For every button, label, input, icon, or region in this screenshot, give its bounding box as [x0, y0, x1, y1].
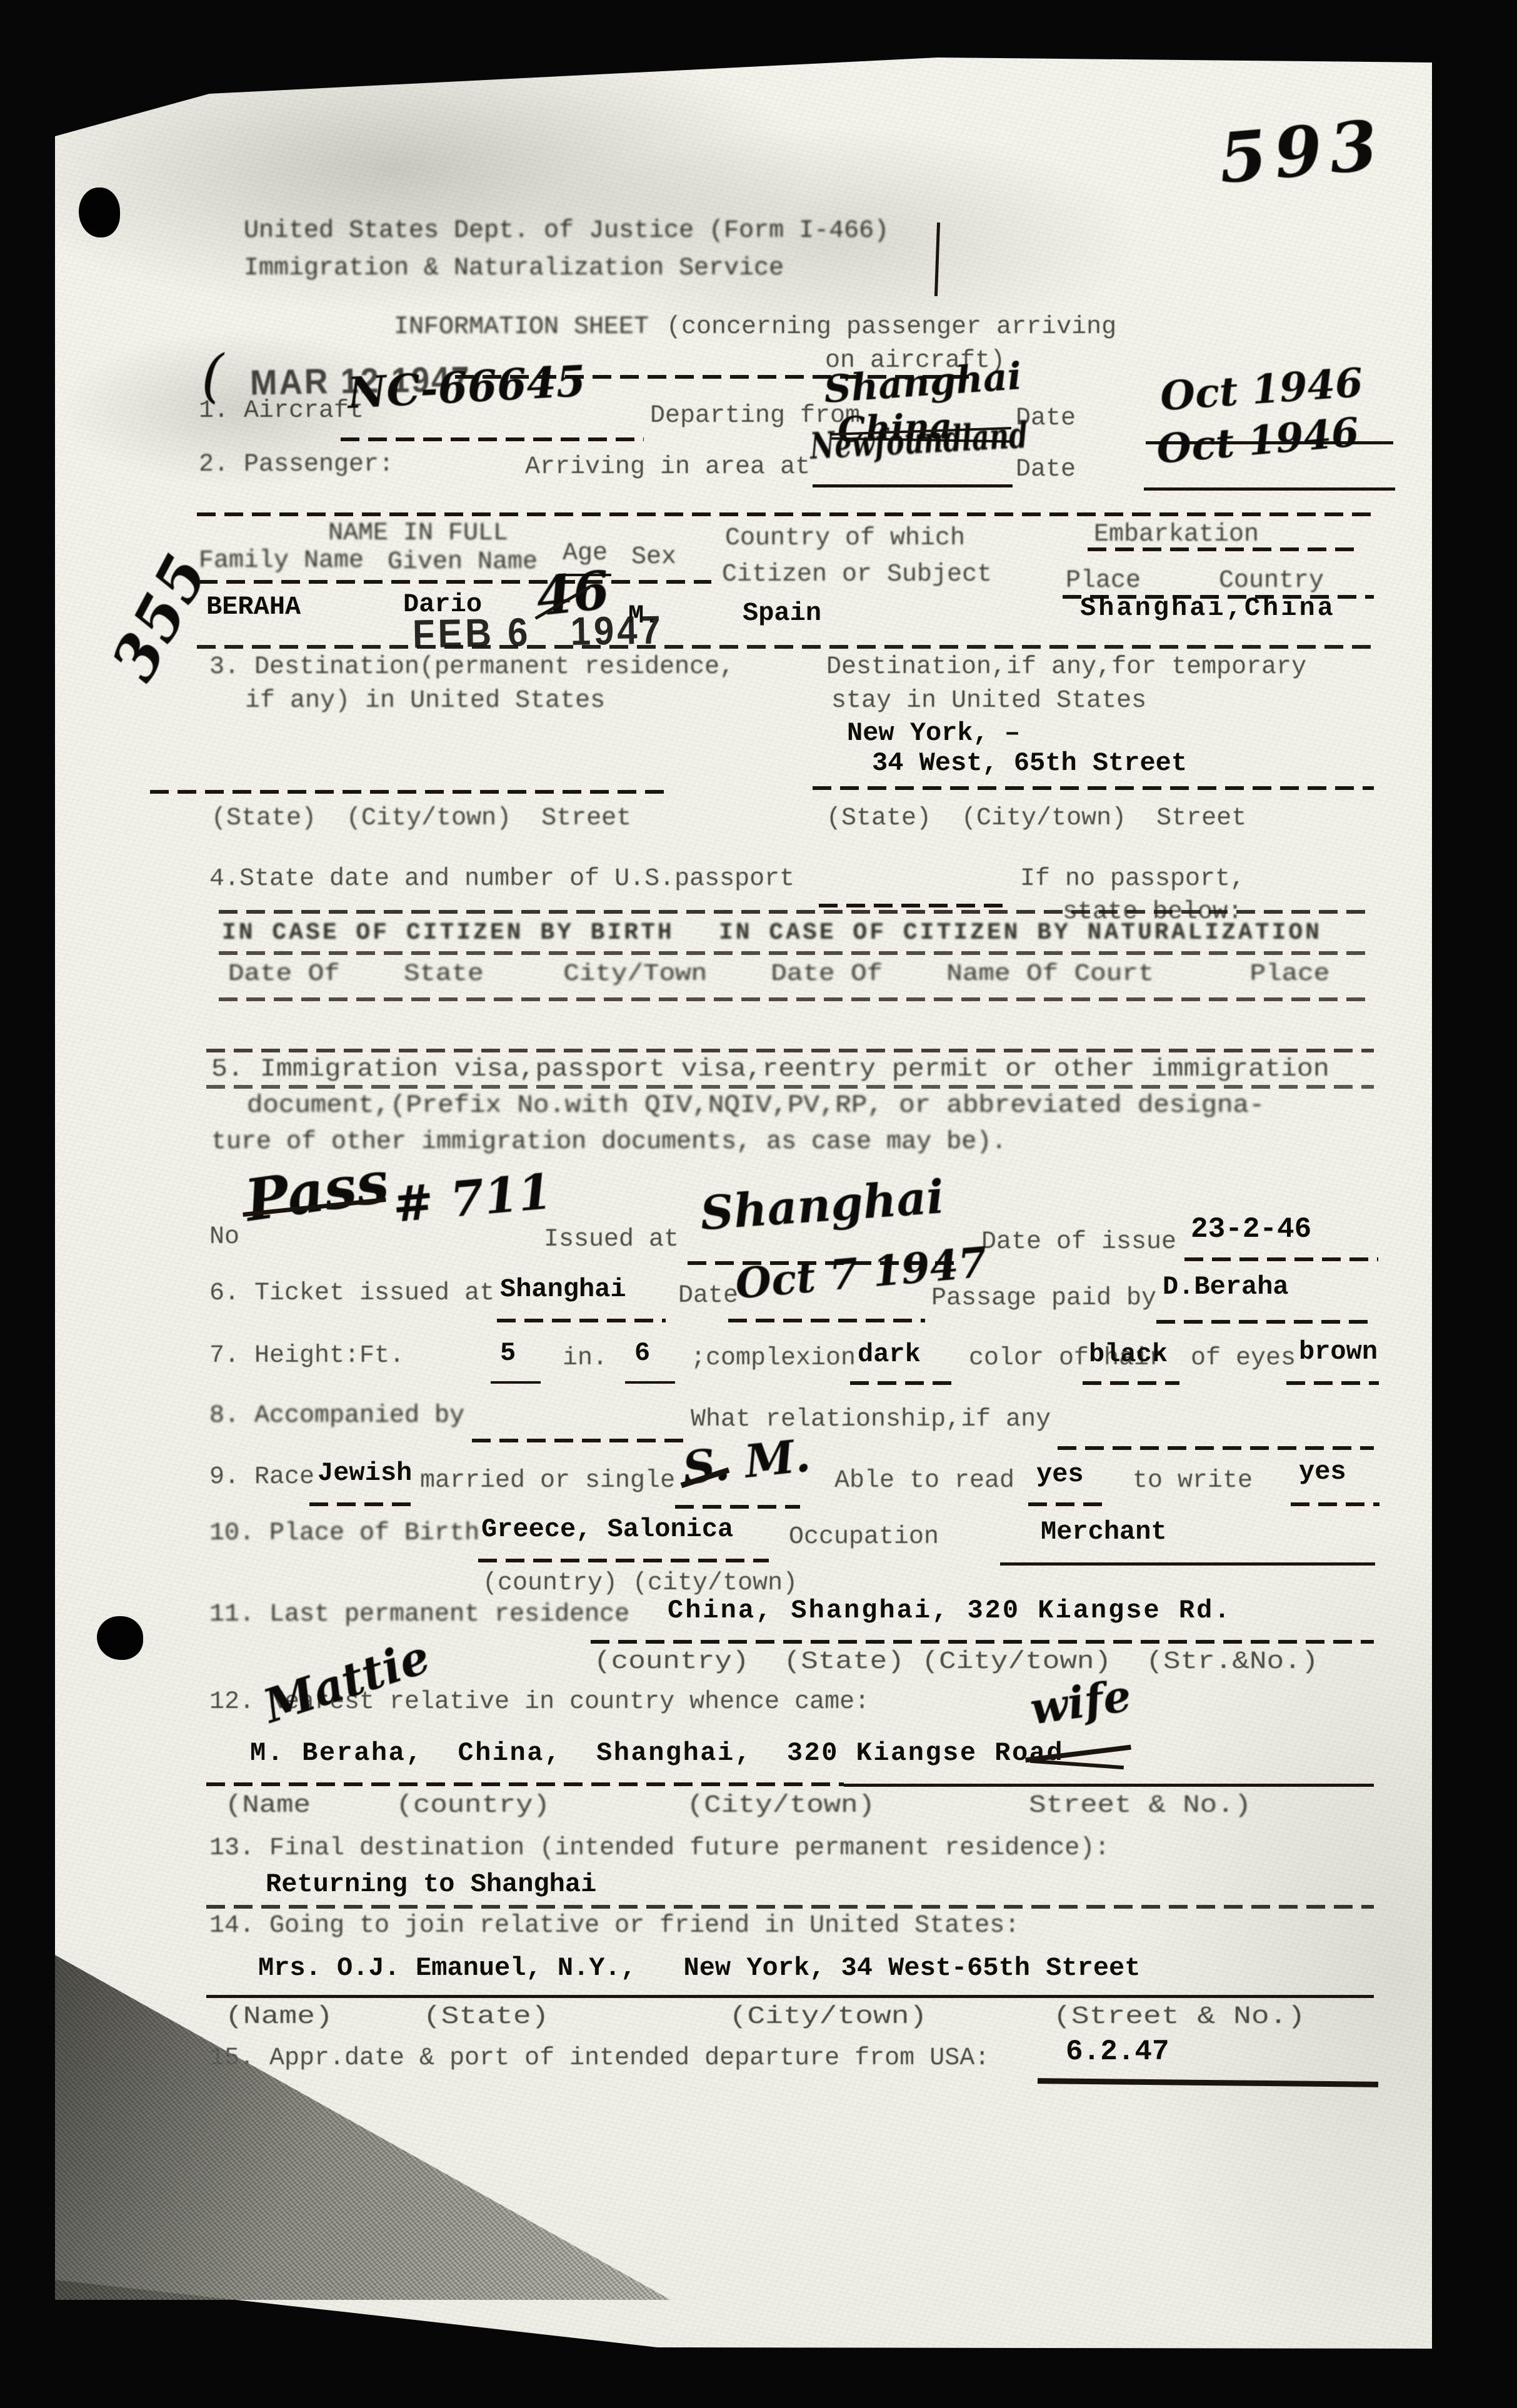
eye-color-value: brown: [1299, 1337, 1378, 1366]
field-8-label: 8. Accompanied by: [209, 1402, 464, 1430]
divider-line: [206, 1085, 1374, 1089]
divider-line: [219, 951, 1372, 955]
divider-line: [206, 1049, 1374, 1052]
able-to-write-value: yes: [1299, 1457, 1346, 1486]
field-5-issued-label: Issued at: [544, 1226, 679, 1254]
birthplace-value: Greece, Salonica: [481, 1515, 733, 1544]
field-5-line2: document,(Prefix No.with QIV,NQIV,PV,RP,…: [247, 1092, 1264, 1120]
divider-line: [206, 1782, 844, 1786]
field-3-right-label: Destination,if any,for temporary: [826, 654, 1306, 681]
field-13-label: 13. Final destination (intended future p…: [209, 1835, 1109, 1862]
field-10-label: 10. Place of Birth: [209, 1520, 479, 1547]
issue-date-value: 23-2-46: [1191, 1214, 1311, 1246]
field-underline: [1291, 1502, 1379, 1506]
field-underline: [819, 904, 1004, 907]
field-9-marital-label: married or single: [420, 1467, 675, 1495]
field-10-occupation-label: Occupation: [789, 1524, 939, 1551]
scanned-document: 593 355 United States Dept. of Justice (…: [0, 0, 1517, 2408]
field-6-date-label: Date: [678, 1282, 738, 1310]
field-5-issue-date-label: Date of issue: [981, 1229, 1176, 1256]
form-title-smudged: INFORMATION SHEET: [394, 314, 664, 341]
form-title: (concerning passenger arriving: [666, 314, 1116, 341]
field-7-label: 7. Height:Ft.: [209, 1342, 404, 1370]
divider-line: [199, 580, 711, 584]
field-2-date-label: Date: [1016, 456, 1076, 484]
field-underline: [1184, 1257, 1378, 1261]
banner-sub-labels: Date Of State City/Town Date Of Name Of …: [228, 961, 1329, 987]
complexion-value: dark: [858, 1340, 921, 1369]
field-underline: [1058, 1446, 1374, 1450]
field-3-sub-left: (State) (City/town) Street: [211, 805, 631, 832]
field-3-left-label2: if any) in United States: [245, 687, 605, 715]
field-4-label: 4.State date and number of U.S.passport: [209, 866, 794, 893]
field-underline: [497, 1319, 666, 1322]
field-7-complexion-label: ;complexion: [691, 1345, 856, 1372]
field-underline: [478, 1559, 769, 1562]
punch-hole: [97, 1616, 143, 1660]
field-underline: [472, 1439, 684, 1442]
field-15-label: 15. Appr.date & port of intended departu…: [209, 2045, 989, 2072]
hair-color-value: black: [1089, 1340, 1168, 1369]
occupation-value: Merchant: [1041, 1517, 1167, 1546]
divider-line: [150, 790, 670, 794]
field-3-sub-right: (State) (City/town) Street: [826, 805, 1246, 832]
field-7-in-label: in.: [563, 1345, 608, 1372]
banner-citizen-naturalization: IN CASE OF CITIZEN BY NATURALIZATION: [719, 920, 1322, 946]
passenger-citizenship: Spain: [743, 599, 821, 627]
col-place: Place: [1066, 567, 1141, 595]
form-agency-line: United States Dept. of Justice (Form I-4…: [244, 217, 889, 245]
passenger-embarkation: Shanghai,China: [1080, 594, 1336, 622]
divider-line: [844, 1784, 1374, 1787]
field-4-no-passport: If no passport,: [1020, 866, 1245, 893]
field-underline: [813, 484, 1013, 487]
divider-line: [206, 1995, 1374, 1998]
col-name-in-full: NAME IN FULL: [328, 520, 508, 547]
field-underline: [728, 1319, 925, 1322]
field-5-line1: 5. Immigration visa,passport visa,reentr…: [211, 1056, 1329, 1084]
divider-line: [219, 910, 1372, 914]
col-given-name: Given Name: [388, 549, 538, 576]
field-underline: [491, 1381, 541, 1384]
divider-line: [219, 997, 1372, 1001]
form-service-line: Immigration & Naturalization Service: [244, 255, 784, 282]
col-country-line1: Country of which: [725, 525, 965, 552]
field-underline: [1000, 1562, 1375, 1566]
divider-line: [1088, 547, 1355, 551]
divider-line: [197, 512, 1374, 516]
field-5-no-label: No: [209, 1224, 239, 1251]
field-underline: [1028, 1502, 1106, 1506]
field-9-label: 9. Race: [209, 1464, 314, 1491]
field-underline: [1144, 487, 1395, 491]
field-14-label: 14. Going to join relative or friend in …: [209, 1912, 1019, 1940]
departure-date-value: 6.2.47: [1066, 2036, 1169, 2068]
field-2-label: 2. Passenger:: [199, 451, 394, 479]
able-to-read-value: yes: [1036, 1460, 1084, 1489]
destination-street: 34 West, 65th Street: [872, 749, 1187, 777]
field-underline: [1083, 1381, 1179, 1385]
race-value: Jewish: [318, 1459, 412, 1487]
field-underline: [1156, 1320, 1375, 1324]
field-2-arriving-label: Arriving in area at: [525, 454, 810, 481]
divider-line: [813, 786, 1374, 790]
height-feet-value: 5: [500, 1339, 516, 1367]
col-embarkation: Embarkation: [1094, 521, 1259, 549]
col-country-line2: Citizen or Subject: [722, 561, 992, 589]
field-3-left-label: 3. Destination(permanent residence,: [209, 654, 734, 681]
joining-relative-value: Mrs. O.J. Emanuel, N.Y., New York, 34 We…: [258, 1954, 1140, 1982]
field-6-passage-label: Passage paid by: [931, 1285, 1156, 1312]
field-underline: [309, 1502, 417, 1506]
divider-line: [197, 645, 1374, 649]
field-9-write-label: to write: [1133, 1467, 1253, 1495]
field-underline: [850, 1381, 956, 1385]
field-11-sub-labels: (country) (State) (City/town) (Str.&No.): [594, 1649, 1318, 1676]
passenger-family-name: BERAHA: [206, 592, 301, 621]
last-residence-value: China, Shanghai, 320 Kiangse Rd.: [668, 1596, 1232, 1625]
col-country: Country: [1219, 567, 1324, 595]
destination-city: New York, –: [847, 719, 1020, 747]
field-9-read-label: Able to read: [834, 1467, 1014, 1495]
field-6-label: 6. Ticket issued at: [209, 1280, 494, 1307]
field-14-sub-labels: (Name) (State) (City/town) (Street & No.…: [225, 2004, 1305, 2031]
divider-line: [591, 1640, 1374, 1644]
field-underline: [341, 437, 644, 441]
punch-hole: [79, 187, 120, 237]
ticket-place-value: Shanghai: [500, 1275, 626, 1304]
col-family-name: Family Name: [199, 547, 364, 575]
field-12-sub-labels: (Name (country) (City/town) Street & No.…: [225, 1792, 1251, 1820]
field-11-label: 11. Last permanent residence: [209, 1601, 629, 1629]
field-5-line3: ture of other immigration documents, as …: [211, 1129, 1006, 1156]
passage-payer-value: D.Beraha: [1163, 1272, 1289, 1301]
field-underline: [625, 1381, 675, 1384]
nearest-relative-value: M. Beraha, China, Shanghai, 320 Kiangse …: [250, 1739, 1064, 1767]
final-destination-value: Returning to Shanghai: [266, 1870, 596, 1899]
field-1-label: 1. Aircraft: [199, 397, 364, 425]
date-admitted-stamp: FEB 6 1947: [412, 607, 664, 657]
field-3-right-label2: stay in United States: [831, 687, 1146, 715]
handwritten-page-number: 593: [1216, 104, 1388, 199]
field-underline: [1286, 1381, 1379, 1385]
divider-line: [206, 1905, 1374, 1909]
col-sex: Sex: [631, 544, 676, 571]
banner-citizen-birth: IN CASE OF CITIZEN BY BIRTH: [222, 920, 674, 946]
field-underline: [675, 1505, 800, 1509]
height-inches-value: 6: [634, 1339, 650, 1367]
field-7-eyes-label: of eyes: [1191, 1345, 1296, 1372]
field-10-sub-labels: (country) (city/town): [483, 1570, 798, 1597]
field-8-relationship-label: What relationship,if any: [691, 1406, 1051, 1434]
